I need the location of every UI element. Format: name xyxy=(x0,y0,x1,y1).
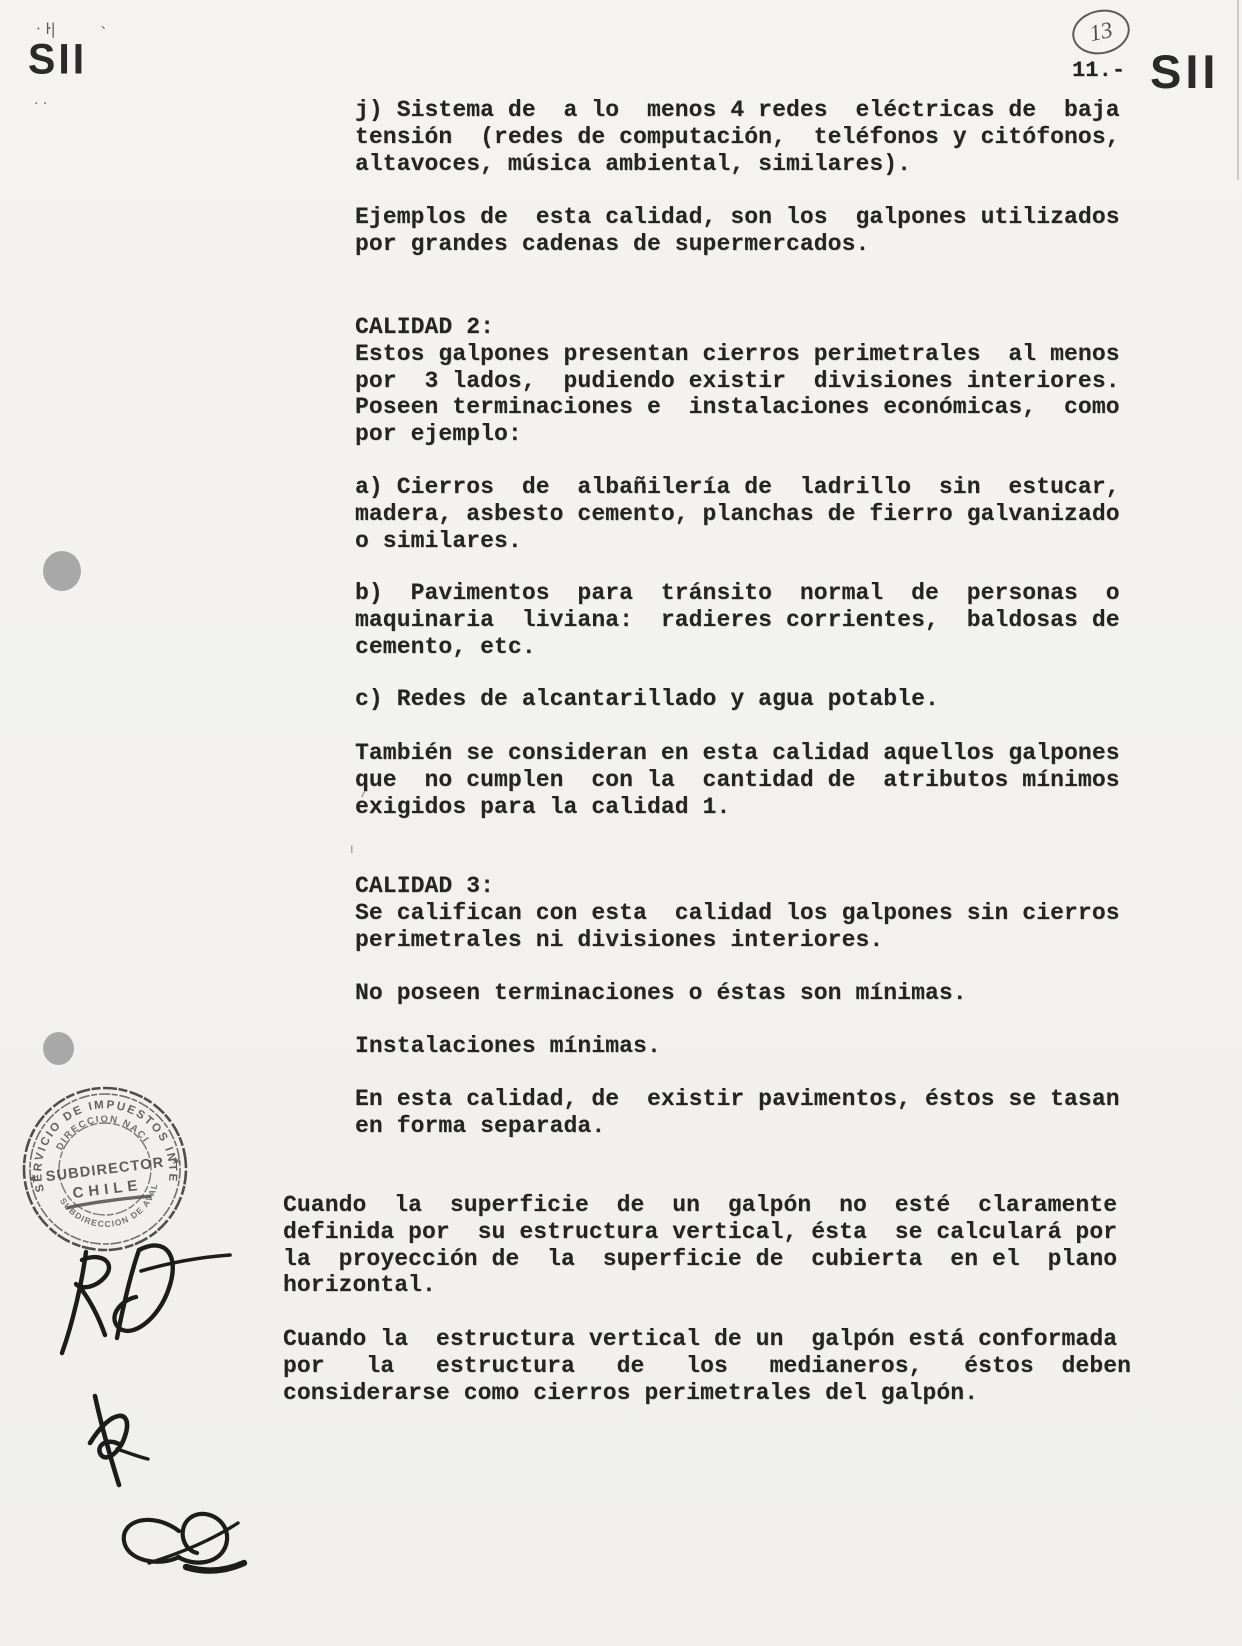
annotation-number: 13 xyxy=(1087,17,1115,47)
stamp-star-right-icon: ✶ xyxy=(171,1156,182,1169)
paragraph-cuando-estructura: Cuando la estructura vertical de un galp… xyxy=(283,1326,1131,1406)
svg-text:SUBDIRECCION DE AVALUACIONES: SUBDIRECCION DE AVALUACIONES xyxy=(0,1054,164,1241)
punch-hole-bottom xyxy=(43,1032,74,1065)
scanned-document-page: SII SII 13 11.- · ŀ| ` · · / ı j) Sistem… xyxy=(0,0,1242,1646)
paragraph-item-b: b) Pavimentos para tránsito normal de pe… xyxy=(355,580,1120,660)
stray-mark: ı xyxy=(350,842,354,857)
handwritten-page-annotation: 13 xyxy=(1068,4,1134,59)
paragraph-instalaciones: Instalaciones mínimas. xyxy=(355,1033,661,1060)
paragraph-en-esta-calidad: En esta calidad, de existir pavimentos, … xyxy=(355,1086,1120,1140)
signature-scribble xyxy=(124,1514,244,1571)
paragraph-no-poseen: No poseen terminaciones o éstas son míni… xyxy=(355,980,967,1007)
stray-mark: · · xyxy=(34,96,47,112)
paragraph-item-a: a) Cierros de albañilería de ladrillo si… xyxy=(355,474,1120,554)
paragraph-cuando-superficie: Cuando la superficie de un galpón no est… xyxy=(283,1192,1117,1299)
section-calidad-2: CALIDAD 2: Estos galpones presentan cier… xyxy=(355,314,1120,448)
stamp-star-left-icon: ✶ xyxy=(28,1173,39,1186)
paragraph-item-j: j) Sistema de a lo menos 4 redes eléctri… xyxy=(355,97,1120,177)
page-number: 11.- xyxy=(1072,58,1125,85)
punch-hole-top xyxy=(43,551,81,591)
stray-mark: ` xyxy=(100,24,108,43)
signature-initial xyxy=(90,1396,148,1485)
sii-logo-left: SII xyxy=(28,35,87,84)
stamp-ring-bottom-text: SUBDIRECCION DE AVALUACIONES xyxy=(0,1054,164,1241)
paragraph-tambien: También se consideran en esta calidad aq… xyxy=(355,740,1120,820)
scan-edge-artifact xyxy=(1237,0,1239,180)
section-calidad-3: CALIDAD 3: Se califican con esta calidad… xyxy=(355,873,1120,953)
signatures-layer xyxy=(0,1220,340,1646)
paragraph-item-c: c) Redes de alcantarillado y agua potabl… xyxy=(355,686,939,713)
stray-mark: · ŀ| xyxy=(36,20,56,38)
sii-logo-right: SII xyxy=(1150,44,1219,99)
paragraph-ejemplos: Ejemplos de esta calidad, son los galpon… xyxy=(355,204,1120,258)
signature-rd xyxy=(62,1245,230,1353)
